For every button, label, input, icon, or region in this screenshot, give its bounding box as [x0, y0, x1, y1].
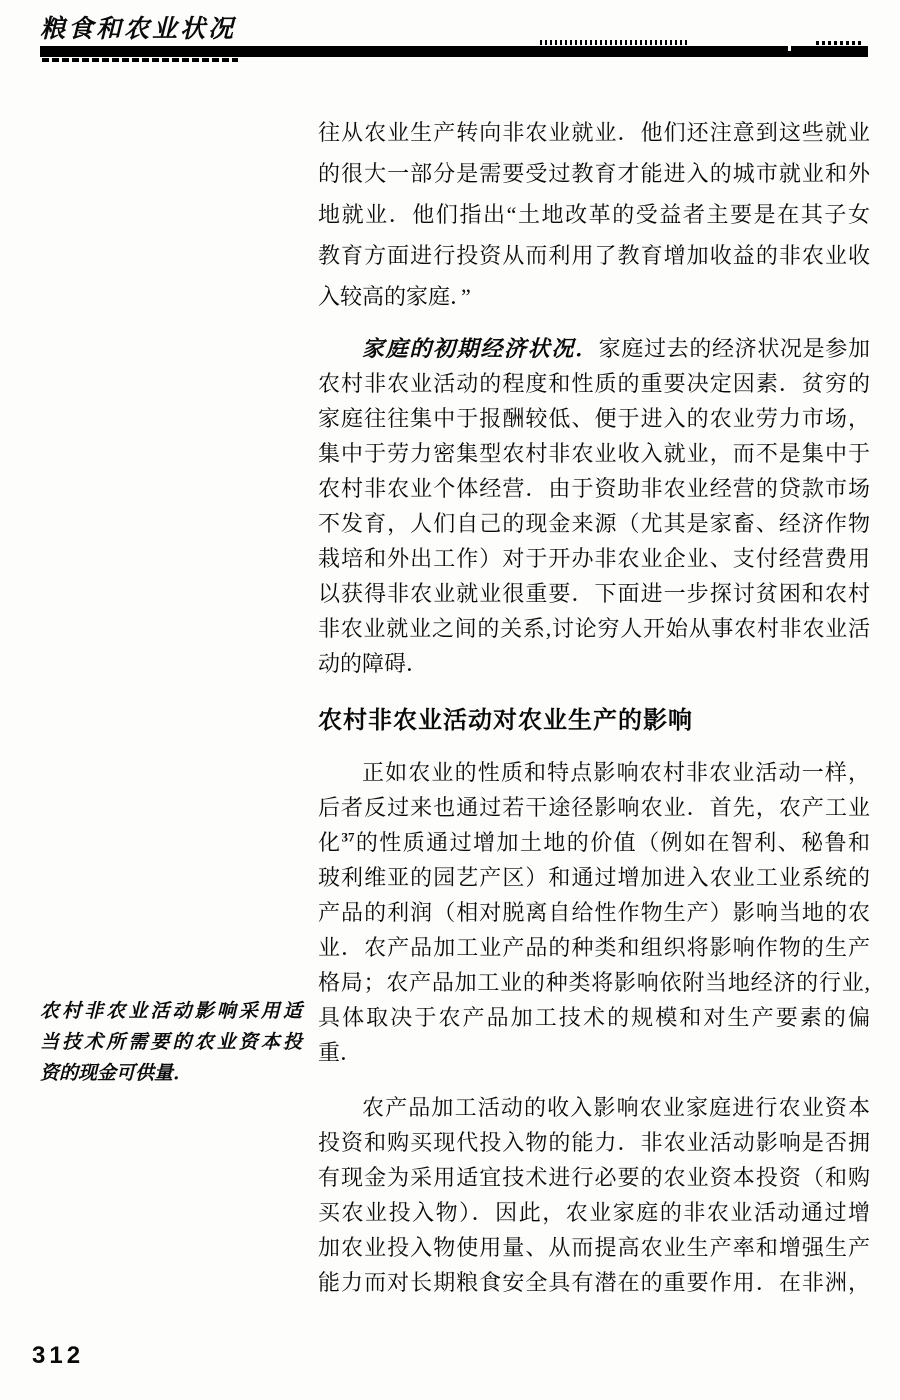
- text-line: 能力而对长期粮食安全具有潜在的重要作用．在非洲，: [318, 1265, 870, 1300]
- scan-artifact: [42, 58, 238, 62]
- text-line: 入较高的家庭．”: [318, 276, 870, 317]
- text-line: 农村非农业活动的程度和性质的重要决定因素．贫穷的: [318, 366, 870, 401]
- section-heading: 农村非农业活动对农业生产的影响: [318, 703, 870, 739]
- text-line: 当技术所需要的农业资本投: [40, 1027, 302, 1058]
- text-segment: 家庭过去的经济状况是参加: [599, 336, 870, 361]
- text-line: 以获得非农业就业很重要．下面进一步探讨贫困和农村: [318, 576, 870, 611]
- text-line: 的很大一部分是需要受过教育才能进入的城市就业和外: [318, 153, 870, 194]
- text-segment: 的性质通过增加土地的价值（例如在智利、秘鲁和: [354, 830, 870, 855]
- text-line: 化37的性质通过增加土地的价值（例如在智利、秘鲁和: [318, 825, 870, 860]
- paragraph: 农产品加工活动的收入影响农业家庭进行农业资本投资和购买现代投入物的能力．非农业活…: [318, 1090, 870, 1300]
- text-line: 集中于劳力密集型农村非农业收入就业，而不是集中于: [318, 436, 870, 471]
- footnote-ref: 37: [341, 830, 354, 845]
- header-rule: [40, 46, 868, 57]
- text-line: 玻利维亚的园艺产区）和通过增加进入农业工业系统的: [318, 860, 870, 895]
- scanned-document-page: 粮食和农业状况 往从农业生产转向非农业就业．他们还注意到这些就业的很大一部分是需…: [0, 0, 900, 1400]
- text-line: 家庭的初期经济状况．家庭过去的经济状况是参加: [318, 331, 870, 366]
- text-line: 农村非农业活动影响采用适: [40, 996, 302, 1027]
- text-line: 格局；农产品加工业的种类将影响依附当地经济的行业,: [318, 965, 870, 1000]
- paragraph: 往从农业生产转向非农业就业．他们还注意到这些就业的很大一部分是需要受过教育才能进…: [318, 112, 870, 317]
- text-line: 后者反过来也通过若干途径影响农业．首先，农产工业: [318, 790, 870, 825]
- page-number: 312: [32, 1342, 84, 1370]
- paragraph-segment: 正如农业的性质和特点影响农村非农业活动一样，后者反过来也通过若干途径影响农业．首…: [318, 755, 870, 825]
- running-title: 粮食和农业状况: [40, 12, 236, 48]
- paragraph: 家庭的初期经济状况．家庭过去的经济状况是参加 农村非农业活动的程度和性质的重要决…: [318, 331, 870, 681]
- text-line: 教育方面进行投资从而利用了教育增加收益的非农业收: [318, 235, 870, 276]
- text-line: 业．农产品加工业产品的种类和组织将影响作物的生产: [318, 930, 870, 965]
- text-line: 重．: [318, 1035, 870, 1070]
- scan-artifact: [788, 46, 791, 51]
- text-line: 正如农业的性质和特点影响农村非农业活动一样，: [318, 755, 870, 790]
- text-line: 家庭往往集中于报酬较低、便于进入的农业劳力市场，: [318, 401, 870, 436]
- paragraph: 正如农业的性质和特点影响农村非农业活动一样，后者反过来也通过若干途径影响农业．首…: [318, 755, 870, 1070]
- paragraph-segment: 玻利维亚的园艺产区）和通过增加进入农业工业系统的产品的利润（相对脱离自给性作物生…: [318, 860, 870, 1070]
- text-line: 资的现金可供量．: [40, 1058, 302, 1089]
- run-in-heading: 家庭的初期经济状况．: [362, 336, 599, 361]
- text-line: 有现金为采用适宜技术进行必要的农业资本投资（和购: [318, 1160, 870, 1195]
- margin-note: 农村非农业活动影响采用适当技术所需要的农业资本投资的现金可供量．: [40, 996, 302, 1089]
- text-segment: 化: [318, 830, 341, 855]
- text-line: 投资和购买现代投入物的能力．非农业活动影响是否拥: [318, 1125, 870, 1160]
- text-line: 具体取决于农产品加工技术的规模和对生产要素的偏: [318, 1000, 870, 1035]
- body-text-column: 往从农业生产转向非农业就业．他们还注意到这些就业的很大一部分是需要受过教育才能进…: [318, 112, 870, 1300]
- scan-artifact: [816, 41, 864, 45]
- scan-artifact: [540, 40, 690, 45]
- text-line: 加农业投入物使用量、从而提高农业生产率和增强生产: [318, 1230, 870, 1265]
- text-line: 农村非农业个体经营．由于资助非农业经营的贷款市场: [318, 471, 870, 506]
- text-line: 农产品加工活动的收入影响农业家庭进行农业资本: [318, 1090, 870, 1125]
- text-line: 不发育，人们自己的现金来源（尤其是家畜、经济作物: [318, 506, 870, 541]
- text-line: 非农业就业之间的关系,讨论穷人开始从事农村非农业活: [318, 611, 870, 646]
- text-line: 动的障碍．: [318, 646, 870, 681]
- text-line: 往从农业生产转向非农业就业．他们还注意到这些就业: [318, 112, 870, 153]
- text-line: 栽培和外出工作）对于开办非农业企业、支付经营费用: [318, 541, 870, 576]
- paragraph-segment: 农村非农业活动的程度和性质的重要决定因素．贫穷的家庭往往集中于报酬较低、便于进入…: [318, 366, 870, 681]
- text-line: 买农业投入物）．因此，农业家庭的非农业活动通过增: [318, 1195, 870, 1230]
- text-line: 产品的利润（相对脱离自给性作物生产）影响当地的农: [318, 895, 870, 930]
- text-line: 地就业．他们指出“土地改革的受益者主要是在其子女: [318, 194, 870, 235]
